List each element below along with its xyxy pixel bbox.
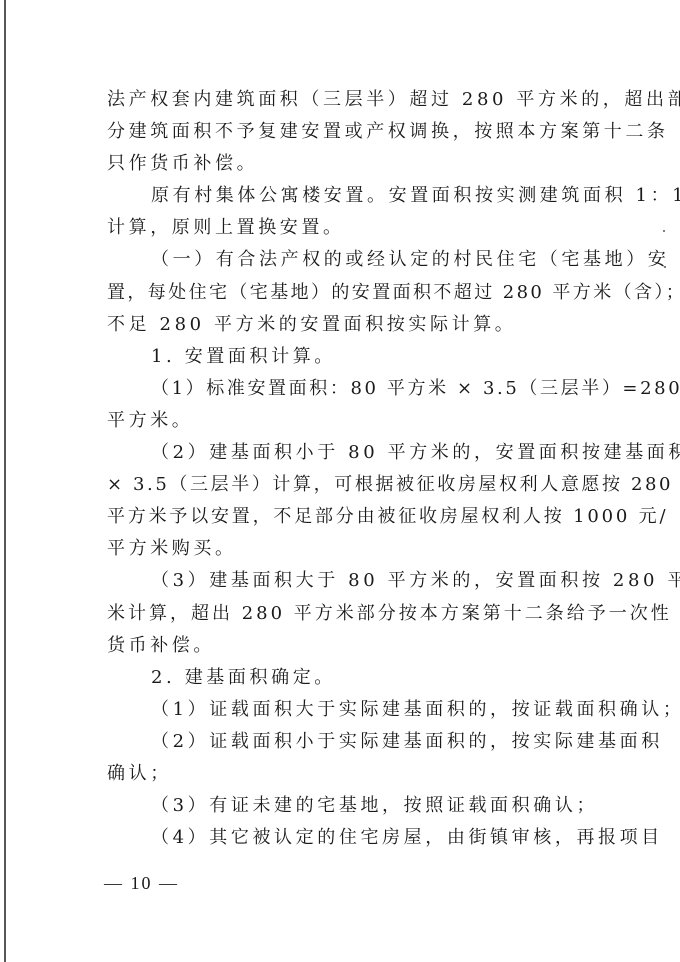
list-item: （3）建基面积大于 80 平方米的，安置面积按 280 平方 xyxy=(107,565,581,597)
section-heading: （一）有合法产权的或经认定的村民住宅（宅基地）安 xyxy=(107,244,581,276)
text-line: 米计算，超出 280 平方米部分按本方案第十二条给予一次性 xyxy=(107,598,581,630)
text-line: 法产权套内建筑面积（三层半）超过 280 平方米的，超出部 xyxy=(107,84,581,116)
text-line: 货币补偿。 xyxy=(107,630,581,662)
list-item: （4）其它被认定的住宅房屋，由街镇审核，再报项目 xyxy=(107,822,581,854)
text-line: 分建筑面积不予复建安置或产权调换，按照本方案第十二条 xyxy=(107,116,581,148)
list-item: （2）建基面积小于 80 平方米的，安置面积按建基面积 xyxy=(107,437,581,469)
subsection-heading: 2. 建基面积确定。 xyxy=(107,662,581,694)
text-line: × 3.5（三层半）计算，可根据被征收房屋权利人意愿按 280 xyxy=(107,469,581,501)
text-line: 只作货币补偿。 xyxy=(107,148,581,180)
text-line: 平方米予以安置，不足部分由被征收房屋权利人按 1000 元/ xyxy=(107,501,581,533)
text-line: 平方米。 xyxy=(107,405,581,437)
list-item: （2）证载面积小于实际建基面积的，按实际建基面积 xyxy=(107,726,581,758)
list-item: （3）有证未建的宅基地，按照证载面积确认； xyxy=(107,790,581,822)
text-line: 置，每处住宅（宅基地）的安置面积不超过 280 平方米（含）； xyxy=(107,277,581,309)
page-number: — 10 — xyxy=(104,873,179,894)
subsection-heading: 1. 安置面积计算。 xyxy=(107,341,581,373)
text-line: 计算，原则上置换安置。 xyxy=(107,212,581,244)
list-item: （1）标准安置面积：80 平方米 × 3.5（三层半）=280 xyxy=(107,373,581,405)
text-line: 确认； xyxy=(107,758,581,790)
text-line: 平方米购买。 xyxy=(107,533,581,565)
scan-speck xyxy=(663,230,665,232)
text-line: 不足 280 平方米的安置面积按实际计算。 xyxy=(107,309,581,341)
list-item: （1）证载面积大于实际建基面积的，按证载面积确认； xyxy=(107,694,581,726)
paragraph-start: 原有村集体公寓楼安置。安置面积按实测建筑面积 1：1 xyxy=(107,180,581,212)
scan-edge-shadow xyxy=(4,0,6,962)
document-body: 法产权套内建筑面积（三层半）超过 280 平方米的，超出部 分建筑面积不予复建安… xyxy=(107,84,581,854)
